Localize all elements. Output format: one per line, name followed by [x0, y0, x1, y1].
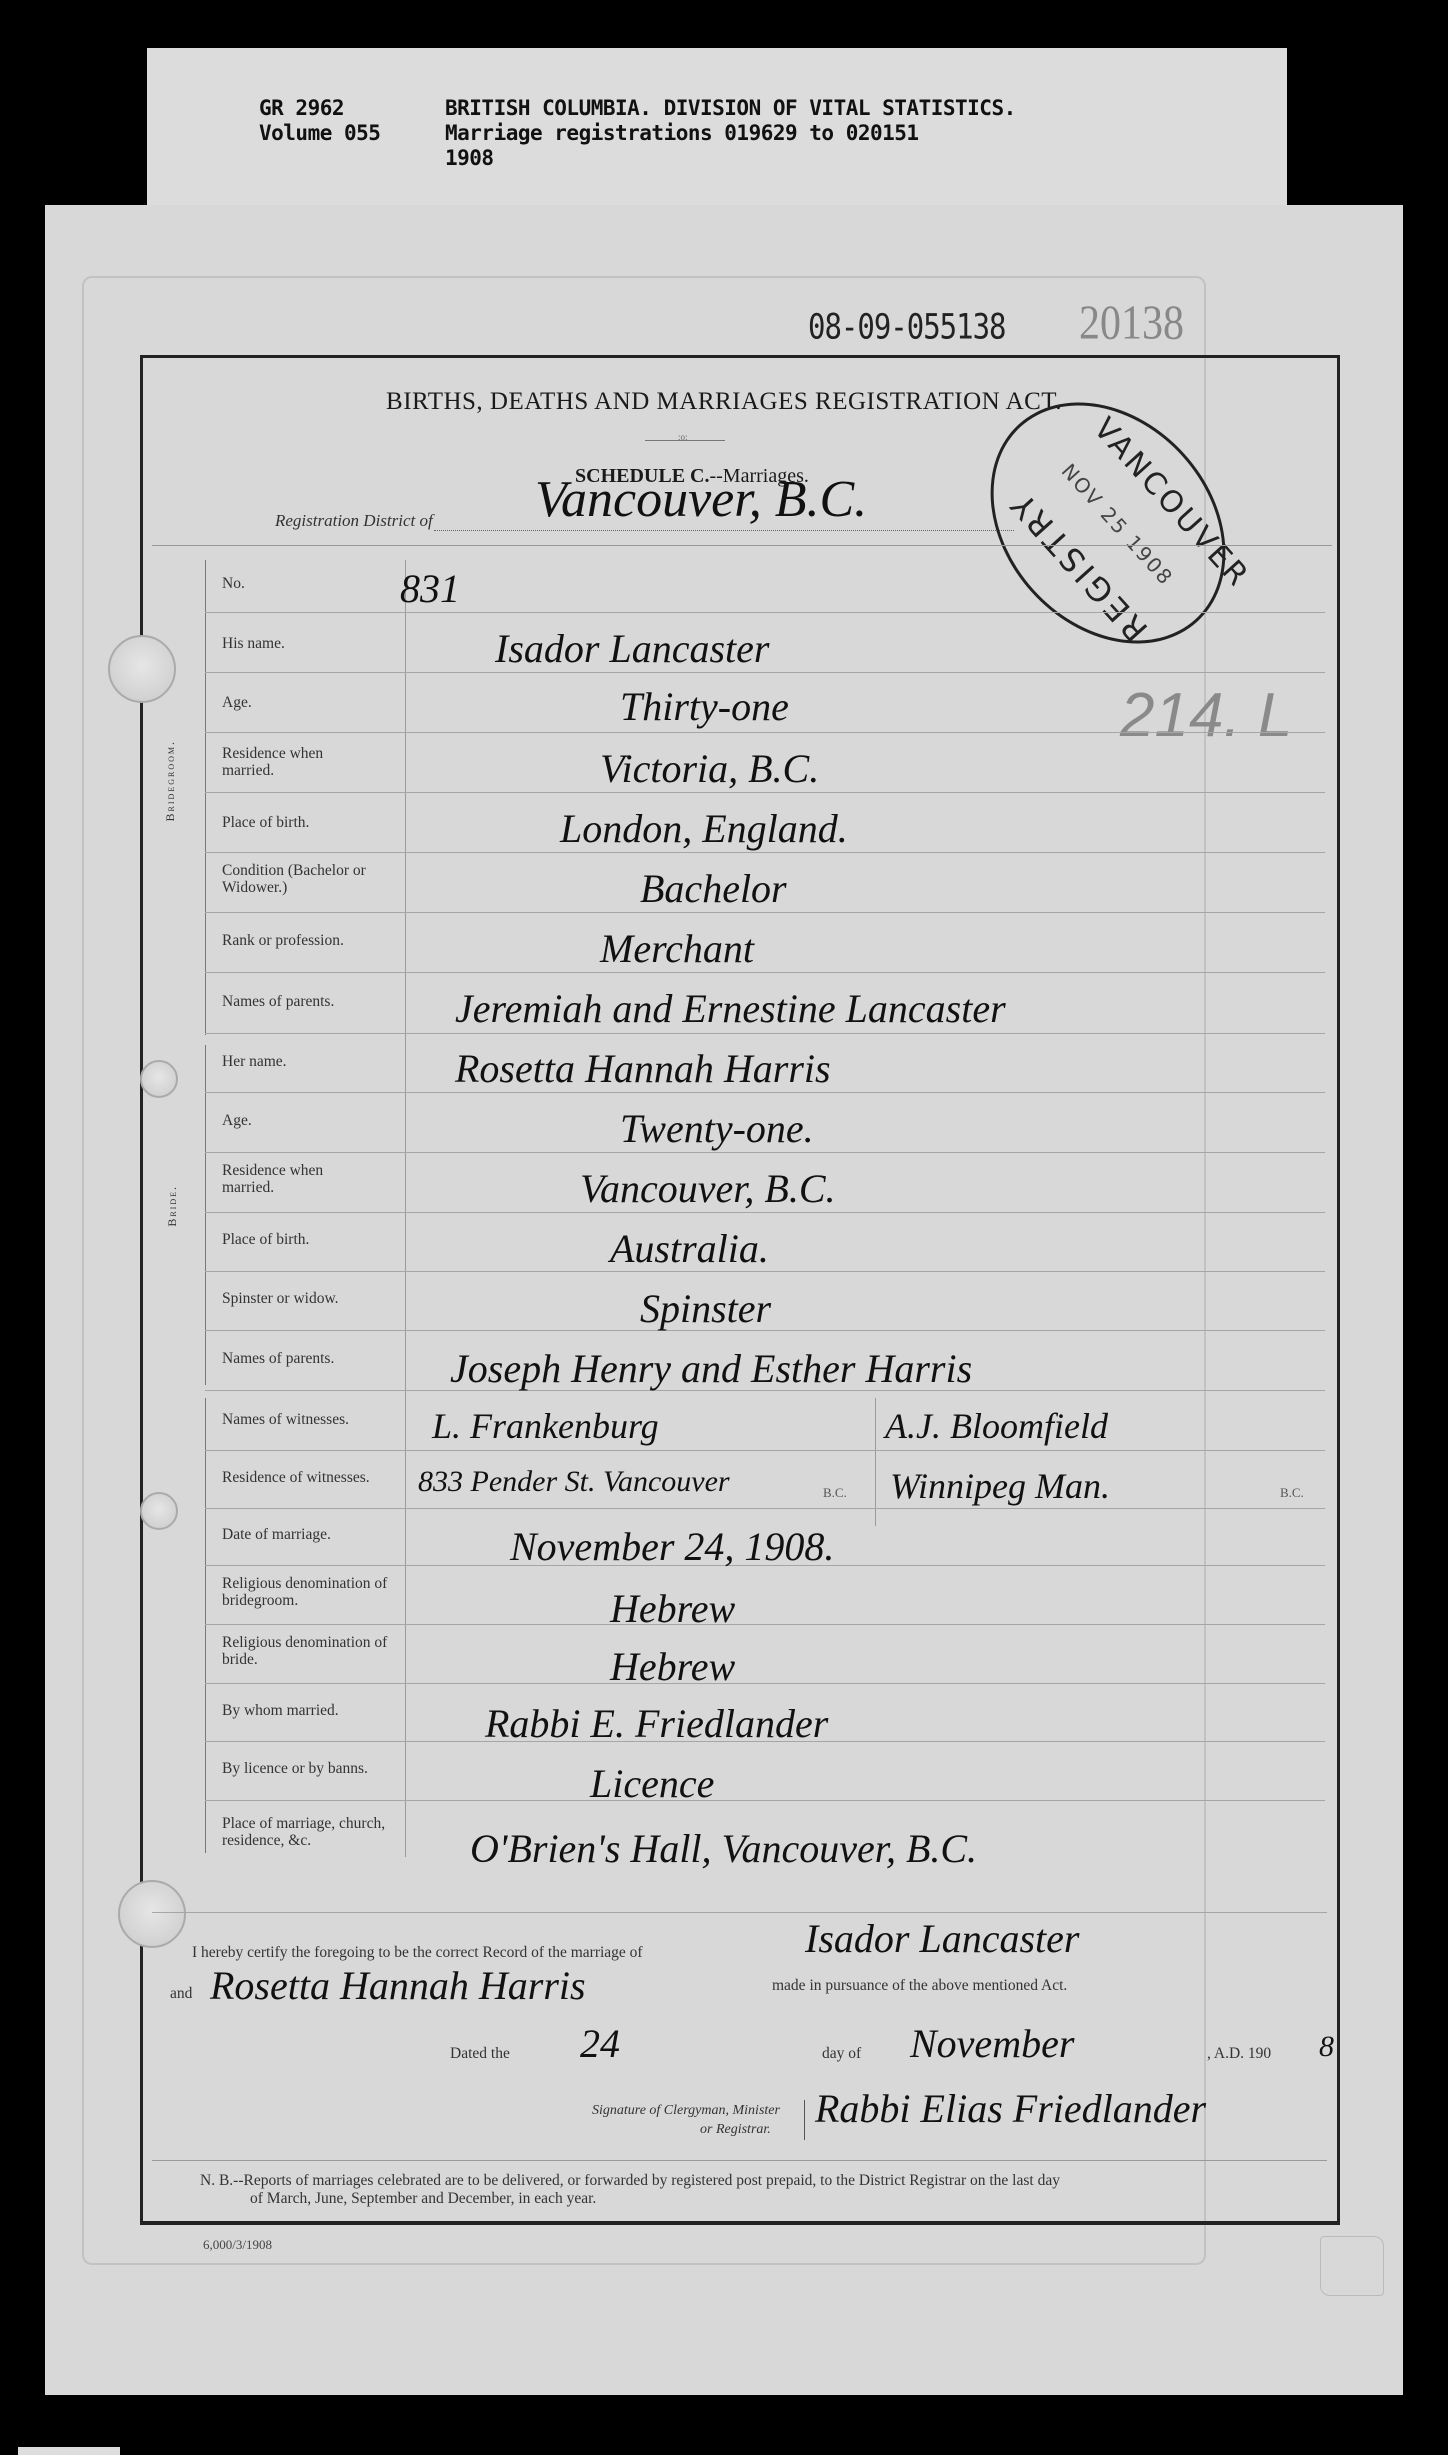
certify-and: and: [170, 1985, 192, 2003]
certify-groom: Isador Lancaster: [805, 1915, 1079, 1962]
dated-month: November: [910, 2020, 1074, 2067]
binder-hole: [108, 635, 176, 703]
groom-condition: Bachelor: [640, 865, 787, 912]
field-label: By licence or by banns.: [222, 1760, 412, 1777]
witness-column-divider: [875, 1398, 876, 1526]
witness-1-name: L. Frankenburg: [432, 1405, 659, 1447]
row-divider: [205, 912, 1325, 913]
dated-label: Dated the: [450, 2045, 510, 2063]
officiant: Rabbi E. Friedlander: [485, 1700, 828, 1747]
dated-day: 24: [580, 2020, 620, 2067]
general-bracket: [205, 1398, 206, 1853]
groom-parents: Jeremiah and Ernestine Lancaster: [455, 985, 1006, 1032]
row-divider: [205, 1033, 1325, 1034]
row-divider: [205, 1152, 1325, 1153]
groom-birthplace: London, England.: [560, 805, 848, 852]
field-label: Place of birth.: [222, 1231, 412, 1248]
row-divider: [205, 732, 1325, 733]
archive-banner: GR 2962 Volume 055 BRITISH COLUMBIA. DIV…: [147, 48, 1287, 208]
volume-description: Marriage registrations 019629 to 020151: [445, 121, 919, 145]
row-divider: [205, 792, 1325, 793]
witness-1-residence: 833 Pender St. Vancouver: [418, 1465, 730, 1499]
field-label: Place of marriage, church, residence, &c…: [222, 1815, 422, 1849]
field-label: By whom married.: [222, 1702, 412, 1719]
marriage-date: November 24, 1908.: [510, 1523, 834, 1570]
agency-title: BRITISH COLUMBIA. DIVISION OF VITAL STAT…: [445, 96, 1016, 120]
row-divider: [205, 852, 1325, 853]
section-bridegroom: Bridegroom.: [163, 740, 178, 821]
district-underline: [434, 530, 1014, 531]
row-divider: [205, 612, 1325, 613]
field-label: Names of parents.: [222, 993, 412, 1010]
act-title: BIRTHS, DEATHS AND MARRIAGES REGISTRATIO…: [0, 388, 1448, 416]
bride-age: Twenty-one.: [620, 1105, 814, 1152]
witness-2-name: A.J. Bloomfield: [885, 1405, 1108, 1447]
bride-condition: Spinster: [640, 1285, 771, 1332]
row-divider: [205, 1800, 1325, 1801]
row-divider: [205, 1092, 1325, 1093]
row-divider: [205, 1624, 1325, 1625]
row-divider: [205, 1683, 1325, 1684]
signature-brace: [804, 2100, 805, 2140]
field-label: Age.: [222, 1112, 412, 1129]
row-divider: [205, 1450, 1325, 1451]
folded-corner: [1320, 2236, 1384, 2296]
field-label: Place of birth.: [222, 814, 412, 831]
divider-ornament: :o:: [678, 432, 688, 442]
field-label: Date of marriage.: [222, 1526, 412, 1543]
province-suffix: B.C.: [823, 1485, 847, 1501]
registration-number: 08-09-055138: [808, 306, 1006, 347]
field-label: No.: [222, 575, 412, 592]
row-divider: [205, 1508, 1325, 1509]
field-label: Religious denomination of bride.: [222, 1634, 397, 1668]
filing-note-line: of March, June, September and December, …: [200, 2190, 1320, 2208]
field-label: Religious denomination of bridegroom.: [222, 1575, 397, 1609]
groom-religion: Hebrew: [610, 1585, 735, 1632]
pencil-annotation: 214. L: [1120, 680, 1292, 751]
binder-hole: [140, 1492, 178, 1530]
clergy-signature: Rabbi Elias Friedlander: [815, 2085, 1206, 2132]
field-label: Residence when married.: [222, 1162, 362, 1196]
bridegroom-bracket: [205, 560, 206, 1035]
field-label: Her name.: [222, 1053, 412, 1070]
district-label: Registration District of: [275, 511, 433, 531]
groom-residence: Victoria, B.C.: [600, 745, 819, 792]
table-top-rule: [152, 545, 1332, 546]
field-label: Age.: [222, 694, 412, 711]
bride-parents: Joseph Henry and Esther Harris: [450, 1345, 972, 1392]
bride-birthplace: Australia.: [610, 1225, 769, 1272]
signature-label: Signature of Clergyman, Minister: [592, 2103, 780, 2119]
certify-statement: I hereby certify the foregoing to be the…: [192, 1944, 643, 1962]
section-bride: Bride.: [165, 1185, 180, 1227]
field-label: Residence of witnesses.: [222, 1469, 412, 1486]
bride-residence: Vancouver, B.C.: [580, 1165, 836, 1212]
field-label: Residence when married.: [222, 745, 362, 779]
licence-or-banns: Licence: [590, 1760, 714, 1807]
label-column-divider: [405, 560, 406, 1857]
certify-bride: Rosetta Hannah Harris: [210, 1962, 586, 2009]
filing-note: N. B.--Reports of marriages celebrated a…: [200, 2172, 1320, 2208]
print-reference: 6,000/3/1908: [203, 2237, 272, 2253]
row-divider: [205, 1212, 1325, 1213]
registration-no: 831: [400, 565, 460, 612]
field-label: His name.: [222, 635, 412, 652]
signature-label: or Registrar.: [700, 2122, 771, 2138]
filing-note-line: N. B.--Reports of marriages celebrated a…: [200, 2172, 1320, 2190]
day-of-label: day of: [822, 2045, 861, 2063]
province-suffix: B.C.: [1280, 1485, 1304, 1501]
row-divider: [205, 672, 1325, 673]
volume-id: Volume 055: [259, 121, 380, 145]
field-label: Condition (Bachelor or Widower.): [222, 862, 392, 896]
binder-hole: [118, 1880, 186, 1948]
bride-bracket: [205, 1045, 206, 1385]
row-divider: [205, 972, 1325, 973]
binder-hole: [140, 1060, 178, 1098]
next-page-edge: [18, 2447, 120, 2455]
bride-religion: Hebrew: [610, 1643, 735, 1690]
field-label: Spinster or widow.: [222, 1290, 412, 1307]
field-label: Names of parents.: [222, 1350, 412, 1367]
field-label: Names of witnesses.: [222, 1411, 412, 1428]
field-label: Rank or profession.: [222, 932, 412, 949]
row-divider: [152, 1912, 1327, 1913]
series-id: GR 2962: [259, 96, 344, 120]
ad-label: , A.D. 190: [1207, 2045, 1271, 2063]
groom-age: Thirty-one: [620, 683, 789, 730]
note-divider: [152, 2160, 1327, 2161]
groom-profession: Merchant: [600, 925, 754, 972]
volume-year: 1908: [445, 146, 494, 170]
dated-year-digit: 8: [1319, 2030, 1334, 2064]
certify-act-reference: made in pursuance of the above mentioned…: [772, 1977, 1067, 1995]
bride-name: Rosetta Hannah Harris: [455, 1045, 831, 1092]
marriage-place: O'Brien's Hall, Vancouver, B.C.: [470, 1825, 977, 1872]
folio-number: 20138: [1079, 296, 1184, 351]
witness-2-residence: Winnipeg Man.: [890, 1465, 1110, 1507]
groom-name: Isador Lancaster: [495, 625, 769, 672]
district-value: Vancouver, B.C.: [535, 470, 867, 529]
